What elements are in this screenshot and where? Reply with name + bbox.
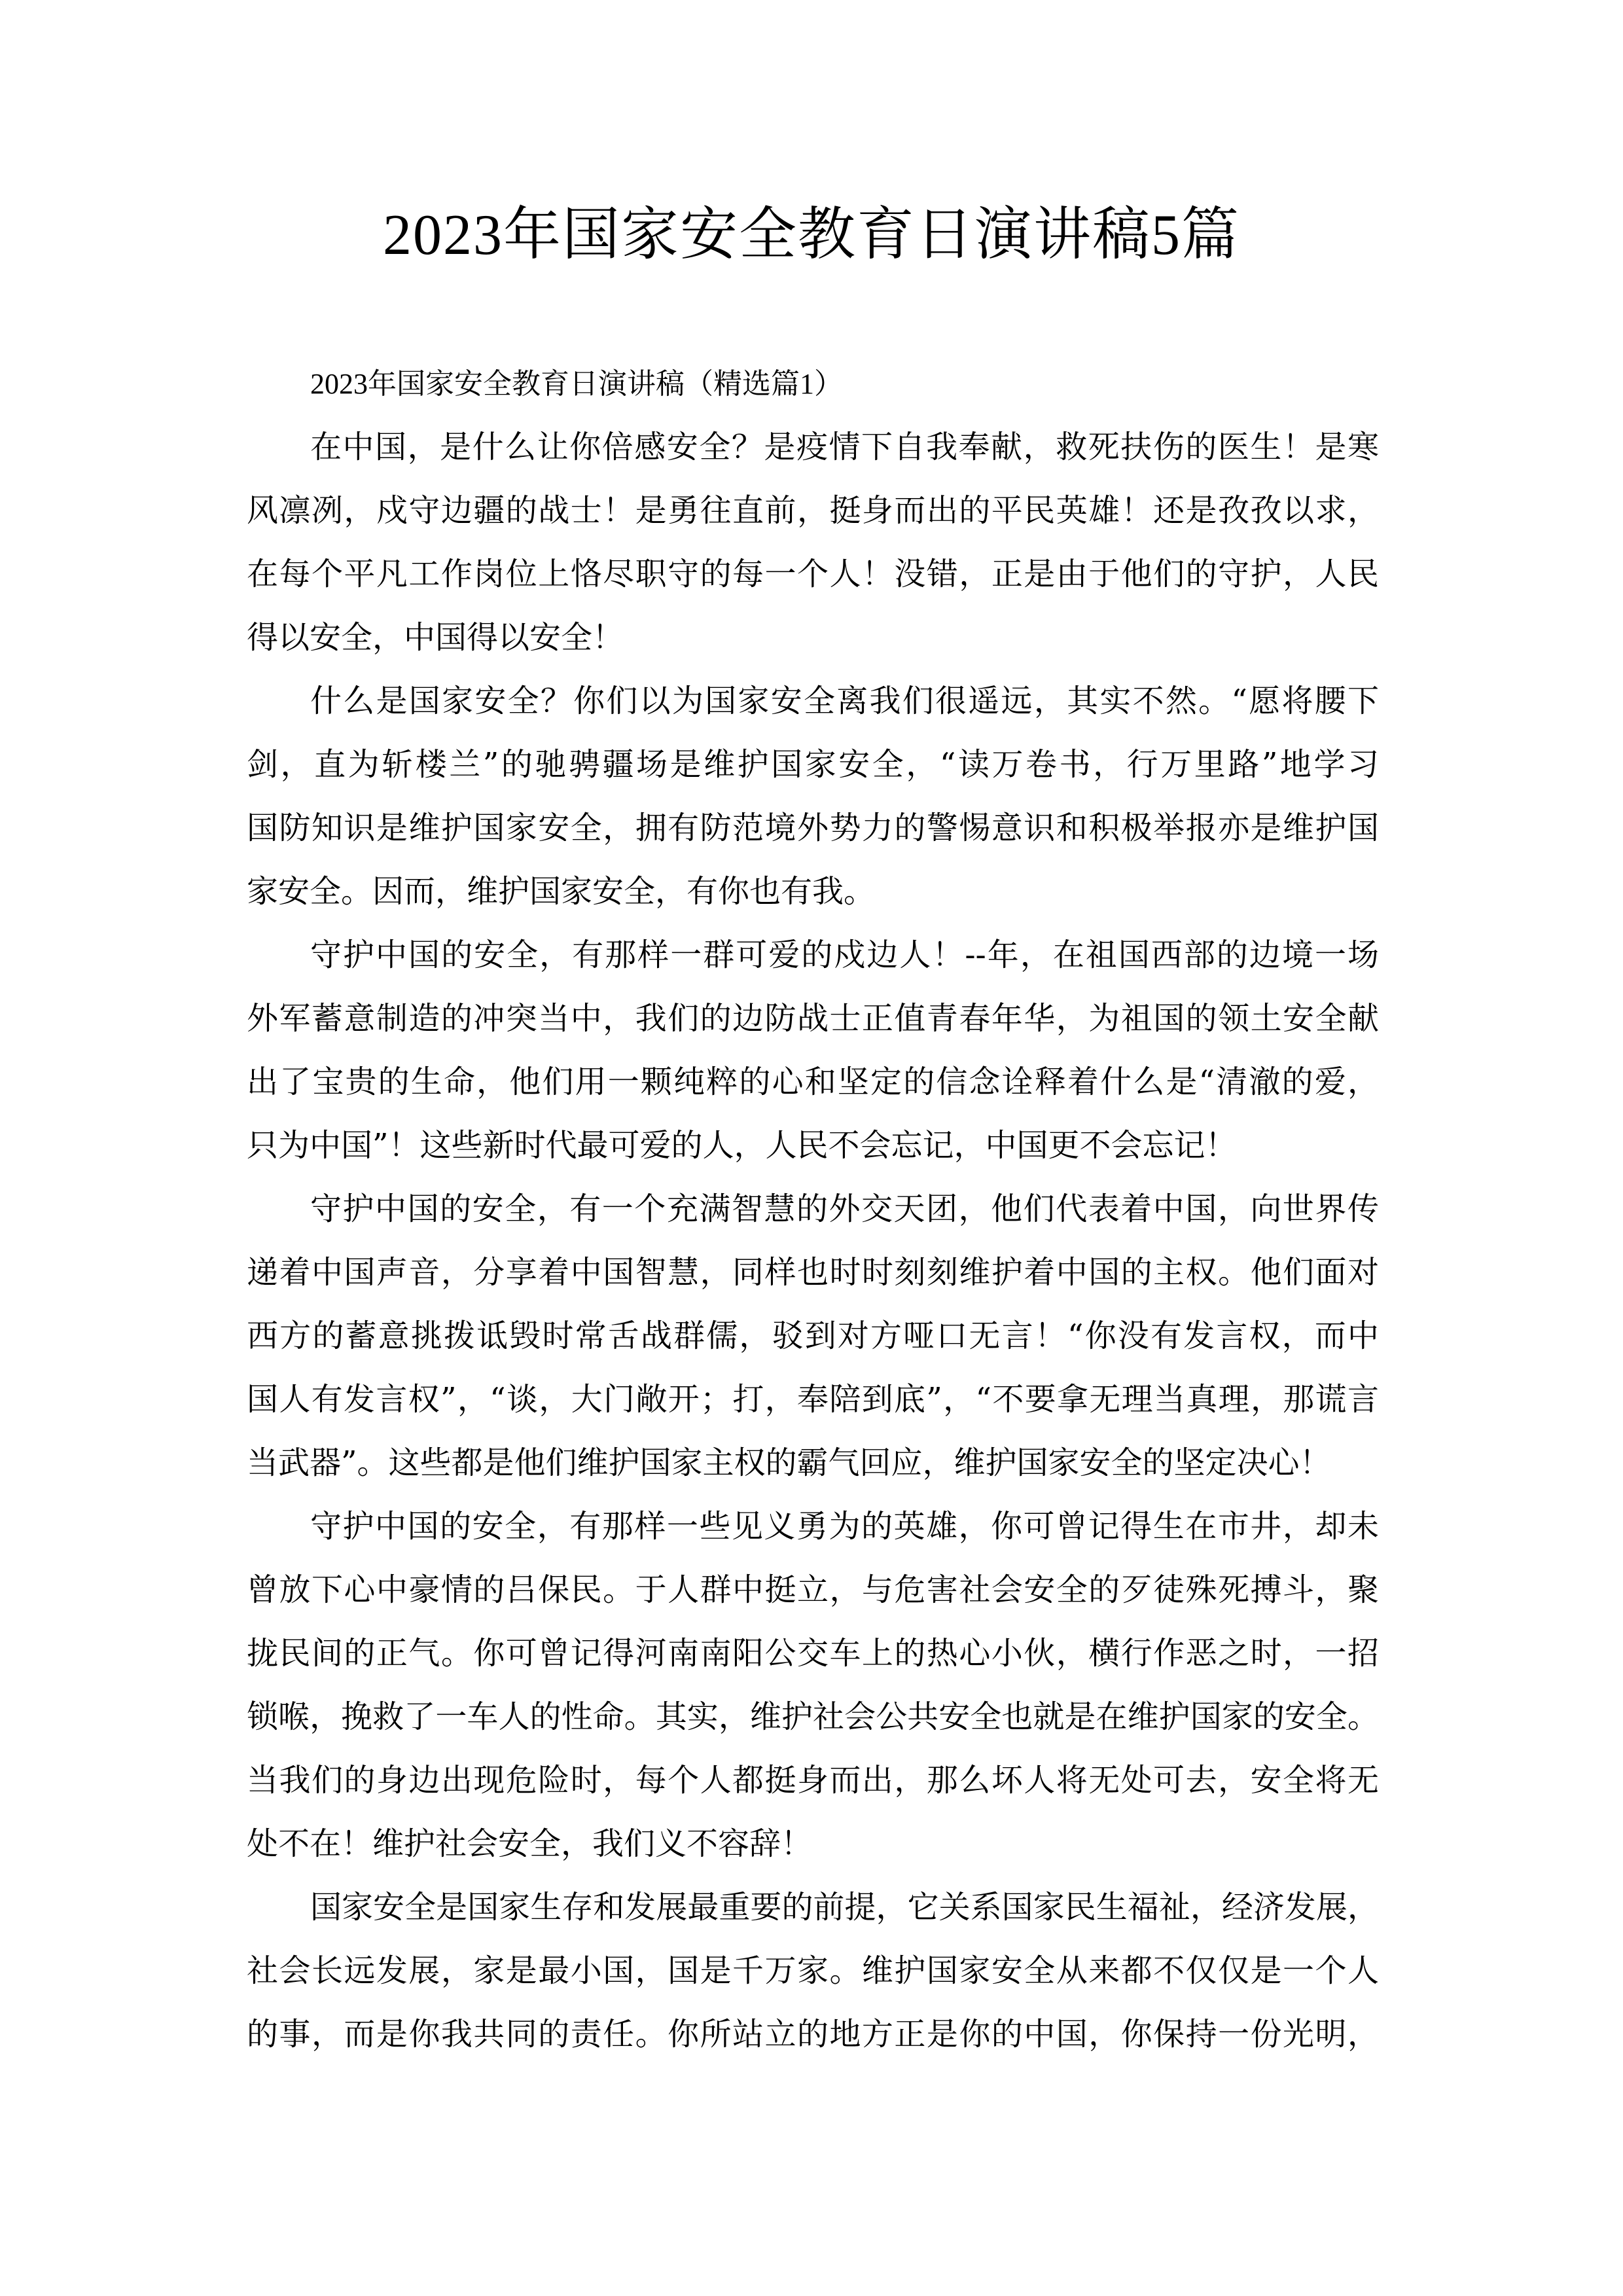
text-line: 外军蓄意制造的冲突当中，我们的边防战士正值青春年华，为祖国的领土安全献 bbox=[247, 987, 1379, 1050]
text-line: 守护中国的安全，有那样一些见义勇为的英雄，你可曾记得生在市井，却未 bbox=[247, 1495, 1379, 1558]
text-line: 在每个平凡工作岗位上恪尽职守的每一个人！没错，正是由于他们的守护，人民 bbox=[247, 543, 1379, 606]
text-line: 当我们的身边出现危险时，每个人都挺身而出，那么坏人将无处可去，安全将无 bbox=[247, 1749, 1379, 1812]
paragraph-4: 守护中国的安全，有一个充满智慧的外交天团，他们代表着中国，向世界传 递着中国声音… bbox=[247, 1177, 1379, 1495]
paragraph-1: 在中国，是什么让你倍感安全？是疫情下自我奉献，救死扶伤的医生！是寒 风凛冽，戍守… bbox=[247, 416, 1379, 670]
text-line: 得以安全，中国得以安全！ bbox=[247, 606, 1379, 670]
paragraph-3: 守护中国的安全，有那样一群可爱的戍边人！--年，在祖国西部的边境一场 外军蓄意制… bbox=[247, 924, 1379, 1177]
section-heading: 2023年国家安全教育日演讲稿（精选篇1） bbox=[247, 352, 1379, 416]
text-line: 剑，直为斩楼兰”的驰骋疆场是维护国家安全，“读万卷书，行万里路”地学习 bbox=[247, 733, 1379, 797]
text-line: 在中国，是什么让你倍感安全？是疫情下自我奉献，救死扶伤的医生！是寒 bbox=[247, 416, 1379, 479]
text-line: 西方的蓄意挑拨诋毁时常舌战群儒，驳到对方哑口无言！“你没有发言权，而中 bbox=[247, 1304, 1379, 1368]
document-page: 2023年国家安全教育日演讲稿5篇 2023年国家安全教育日演讲稿（精选篇1） … bbox=[0, 0, 1623, 2296]
text-line: 曾放下心中豪情的吕保民。于人群中挺立，与危害社会安全的歹徒殊死搏斗，聚 bbox=[247, 1558, 1379, 1622]
text-line: 什么是国家安全？你们以为国家安全离我们很遥远，其实不然。“愿将腰下 bbox=[247, 670, 1379, 733]
document-title: 2023年国家安全教育日演讲稿5篇 bbox=[0, 196, 1623, 275]
text-line: 出了宝贵的生命，他们用一颗纯粹的心和坚定的信念诠释着什么是“清澈的爱， bbox=[247, 1050, 1379, 1114]
text-line: 锁喉，挽救了一车人的性命。其实，维护社会公共安全也就是在维护国家的安全。 bbox=[247, 1685, 1379, 1749]
text-line: 的事，而是你我共同的责任。你所站立的地方正是你的中国，你保持一份光明， bbox=[247, 2003, 1379, 2066]
paragraph-2: 什么是国家安全？你们以为国家安全离我们很遥远，其实不然。“愿将腰下 剑，直为斩楼… bbox=[247, 670, 1379, 924]
text-line: 国防知识是维护国家安全，拥有防范境外势力的警惕意识和积极举报亦是维护国 bbox=[247, 797, 1379, 860]
paragraph-5: 守护中国的安全，有那样一些见义勇为的英雄，你可曾记得生在市井，却未 曾放下心中豪… bbox=[247, 1495, 1379, 1876]
text-line: 社会长远发展，家是最小国，国是千万家。维护国家安全从来都不仅仅是一个人 bbox=[247, 1939, 1379, 2003]
document-body: 2023年国家安全教育日演讲稿（精选篇1） 在中国，是什么让你倍感安全？是疫情下… bbox=[247, 352, 1379, 2066]
text-line: 当武器”。这些都是他们维护国家主权的霸气回应，维护国家安全的坚定决心！ bbox=[247, 1431, 1379, 1495]
text-line: 国人有发言权”，“谈，大门敞开；打，奉陪到底”，“不要拿无理当真理，那谎言 bbox=[247, 1368, 1379, 1431]
text-line: 拢民间的正气。你可曾记得河南南阳公交车上的热心小伙，横行作恶之时，一招 bbox=[247, 1622, 1379, 1685]
text-line: 国家安全是国家生存和发展最重要的前提，它关系国家民生福祉，经济发展， bbox=[247, 1876, 1379, 1939]
text-line: 只为中国”！这些新时代最可爱的人，人民不会忘记，中国更不会忘记！ bbox=[247, 1114, 1379, 1177]
text-line: 处不在！维护社会安全，我们义不容辞！ bbox=[247, 1812, 1379, 1876]
text-line: 风凛冽，戍守边疆的战士！是勇往直前，挺身而出的平民英雄！还是孜孜以求， bbox=[247, 479, 1379, 543]
paragraph-6: 国家安全是国家生存和发展最重要的前提，它关系国家民生福祉，经济发展， 社会长远发… bbox=[247, 1876, 1379, 2066]
text-line: 守护中国的安全，有一个充满智慧的外交天团，他们代表着中国，向世界传 bbox=[247, 1177, 1379, 1241]
text-line: 家安全。因而，维护国家安全，有你也有我。 bbox=[247, 860, 1379, 924]
text-line: 递着中国声音，分享着中国智慧，同样也时时刻刻维护着中国的主权。他们面对 bbox=[247, 1241, 1379, 1304]
text-line: 守护中国的安全，有那样一群可爱的戍边人！--年，在祖国西部的边境一场 bbox=[247, 924, 1379, 987]
